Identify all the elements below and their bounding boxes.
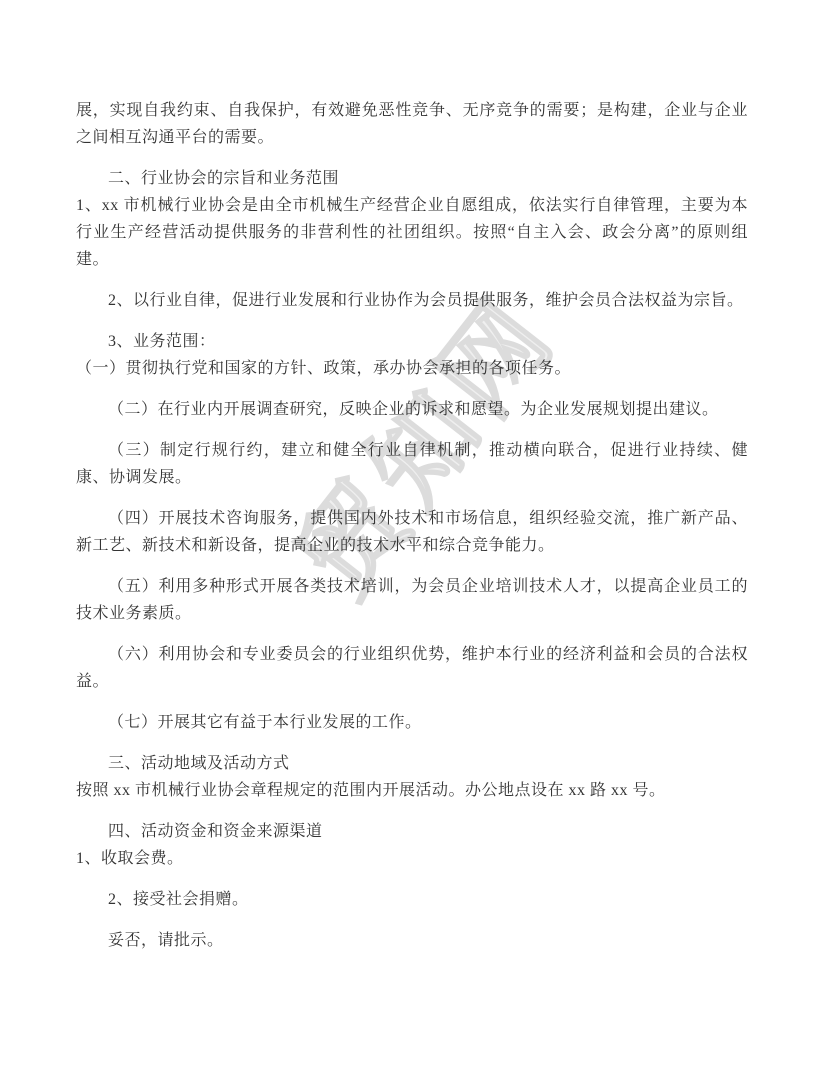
paragraph-fund-1: 1、收取会费。	[76, 845, 748, 872]
paragraph-fund-2: 2、接受社会捐赠。	[76, 886, 748, 913]
paragraph-closing: 妥否，请批示。	[76, 927, 748, 954]
section-heading-3: 三、活动地域及活动方式	[76, 750, 748, 777]
document-page: 贸知网 展，实现自我约束、自我保护，有效避免恶性竞争、无序竞争的需要；是构建，企…	[0, 0, 830, 1074]
paragraph-item-3: 3、业务范围：	[76, 328, 748, 355]
paragraph-item-2: 2、以行业自律，促进行业发展和行业协作为会员提供服务，维护会员合法权益为宗旨。	[76, 287, 748, 314]
paragraph-scope-4: （四）开展技术咨询服务，提供国内外技术和市场信息，组织经验交流，推广新产品、新工…	[76, 505, 748, 559]
paragraph-continuation: 展，实现自我约束、自我保护，有效避免恶性竞争、无序竞争的需要；是构建，企业与企业…	[76, 97, 748, 151]
section-heading-2: 二、行业协会的宗旨和业务范围	[76, 165, 748, 192]
paragraph-activity-area: 按照 xx 市机械行业协会章程规定的范围内开展活动。办公地点设在 xx 路 xx…	[76, 777, 748, 804]
paragraph-scope-1: （一）贯彻执行党和国家的方针、政策，承办协会承担的各项任务。	[76, 355, 748, 382]
paragraph-scope-5: （五）利用多种形式开展各类技术培训，为会员企业培训技术人才，以提高企业员工的技术…	[76, 573, 748, 627]
paragraph-item-1: 1、xx 市机械行业协会是由全市机械生产经营企业自愿组成，依法实行自律管理，主要…	[76, 192, 748, 273]
document-body: 展，实现自我约束、自我保护，有效避免恶性竞争、无序竞争的需要；是构建，企业与企业…	[76, 97, 748, 954]
paragraph-scope-2: （二）在行业内开展调查研究，反映企业的诉求和愿望。为企业发展规划提出建议。	[76, 396, 748, 423]
paragraph-scope-6: （六）利用协会和专业委员会的行业组织优势，维护本行业的经济利益和会员的合法权益。	[76, 641, 748, 695]
paragraph-scope-7: （七）开展其它有益于本行业发展的工作。	[76, 709, 748, 736]
paragraph-scope-3: （三）制定行规行约，建立和健全行业自律机制，推动横向联合，促进行业持续、健康、协…	[76, 437, 748, 491]
section-heading-4: 四、活动资金和资金来源渠道	[76, 818, 748, 845]
